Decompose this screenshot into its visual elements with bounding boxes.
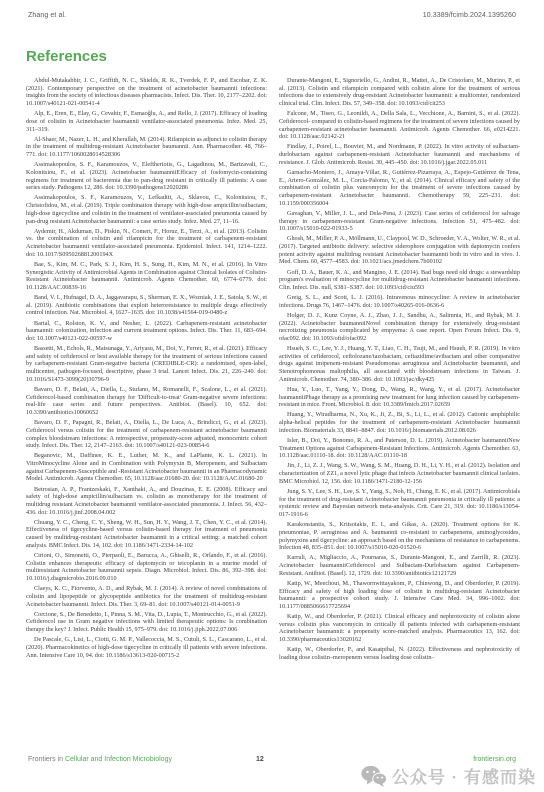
page-footer: Frontiers in Cellular and Infection Micr… (28, 756, 516, 763)
reference-item: Bae, S., Kim, M. C., Park, S. J., Kim, H… (26, 261, 267, 292)
references-section: Abdul-Mutakabbir, J. C., Griffith, N. C.… (26, 77, 520, 745)
reference-item: Assimakopoulos, S. F., Karamouzos, V., E… (26, 161, 267, 192)
reference-item: Hsueh, S. C., Lee, Y. J., Huang, Y. T., … (279, 345, 520, 384)
running-head: Zhang et al. 10.3389/fcimb.2024.1395260 (28, 12, 516, 19)
reference-item: Isler, B., Doi, Y., Bonomo, R. A., and P… (279, 437, 520, 460)
watermark-label: 公众号 · 有感而染 (392, 763, 536, 788)
page-number: 12 (256, 756, 264, 763)
reference-item: Jin, J., Li, Z. J., Wang, S. W., Wang, S… (279, 462, 520, 485)
reference-item: Falcone, M., Tiseo, G., Leonildi, A., De… (279, 110, 520, 141)
reference-item: Greig, S. L., and Scott, L. J. (2016). I… (279, 294, 520, 309)
reference-item: Hua, Y., Luo, T., Yang, Y., Dong, D., Wa… (279, 386, 520, 409)
reference-item: Claeys, K. C., Fiorvento, A. D., and Ryb… (26, 585, 267, 608)
reference-item: Ghosh, M., Miller, P. A., Möllmann, U., … (279, 235, 520, 266)
reference-item: Al-Shaer, M., Nazer, L. H., and Kheralla… (26, 136, 267, 159)
reference-item: Findlay, J., Poirel, L., Bouvier, M., an… (279, 143, 520, 166)
reference-item: Alp, E., Eren, E., Elay, G., Cevahir, F.… (26, 110, 267, 133)
reference-item: Beganovic, M., Daffinee, K. E., Luther, … (26, 452, 267, 483)
reference-item: Huang, Y., Wiradharma, N., Xu, K., Ji, Z… (279, 411, 520, 434)
wechat-icon (361, 765, 387, 787)
reference-item: Chuang, Y. C., Cheng, C. Y., Sheng, W. H… (26, 519, 267, 550)
reference-item: Gavaghan, V., Miller, J. L., and Dela-Pe… (279, 210, 520, 233)
journal-name: Frontiers in Cellular and Infection Micr… (28, 756, 473, 763)
reference-item: Corcione, S., De Benedetto, I., Pinna, S… (26, 611, 267, 634)
reference-item: Karakonstantis, S., Kritsotakis, E. I., … (279, 521, 520, 552)
reference-item: Durante-Mangoni, E., Signoriello, G., An… (279, 77, 520, 108)
site-link[interactable]: frontiersin.org (473, 756, 516, 763)
references-heading: References (26, 48, 107, 65)
running-authors: Zhang et al. (28, 12, 66, 19)
references-column-left: Abdul-Mutakabbir, J. C., Griffith, N. C.… (26, 77, 267, 745)
reference-item: Bassetti, M., Echols, R., Matsunaga, Y.,… (26, 345, 267, 384)
references-column-right: Durante-Mangoni, E., Signoriello, G., An… (279, 77, 520, 745)
reference-item: Katip, W., Meechoui, M., Thawornwittayak… (279, 580, 520, 611)
reference-item: Cirioni, O., Simonetti, O., Pierpaoli, E… (26, 552, 267, 583)
reference-item: Katip, W., Oberdorfer, P., and Kasatpiba… (279, 646, 520, 661)
journal-prefix: Frontiers in (28, 756, 65, 763)
reference-item: Bartal, C., Rolston, K. V., and Nesher, … (26, 320, 267, 343)
reference-item: Karruli, A., Migliaccio, A., Pournaras, … (279, 554, 520, 577)
reference-item: Jung, S. Y., Lee, S. H., Lee, S. Y., Yan… (279, 488, 520, 519)
reference-item: Bavaro, D. F., Papagni, R., Belati, A., … (26, 419, 267, 450)
reference-item: Assimakopoulos, S. F., Karamouzos, V., L… (26, 194, 267, 225)
reference-item: Bavaro, D. F., Belati, A., Diella, L., S… (26, 386, 267, 417)
reference-item: Abdul-Mutakabbir, J. C., Griffith, N. C.… (26, 77, 267, 108)
doi-link[interactable]: 10.3389/fcimb.2024.1395260 (423, 12, 516, 19)
wechat-watermark: 公众号 · 有感而染 (361, 763, 536, 788)
reference-item: De Pascale, G., Lisi, L., Ciotti, G. M. … (26, 636, 267, 659)
reference-item: Garnacho-Montero, J., Amaya-Villar, R., … (279, 169, 520, 208)
reference-item: Goff, D. A., Bauer, K. A., and Mangino, … (279, 269, 520, 292)
reference-item: Betrosian, A. P., Frantzeskaki, F., Xant… (26, 486, 267, 517)
reference-item: Katip, W., and Oberdorfer, P. (2021). Cl… (279, 613, 520, 644)
reference-item: Holger, D. J., Kunz Coyne, A. J., Zhao, … (279, 312, 520, 343)
reference-item: Aydemir, H., Akduman, D., Piskin, N., Co… (26, 228, 267, 259)
reference-item: Band, V. I., Hufnagel, D. A., Jaggavarap… (26, 294, 267, 317)
journal-link[interactable]: Cellular and Infection Microbiology (65, 756, 172, 763)
